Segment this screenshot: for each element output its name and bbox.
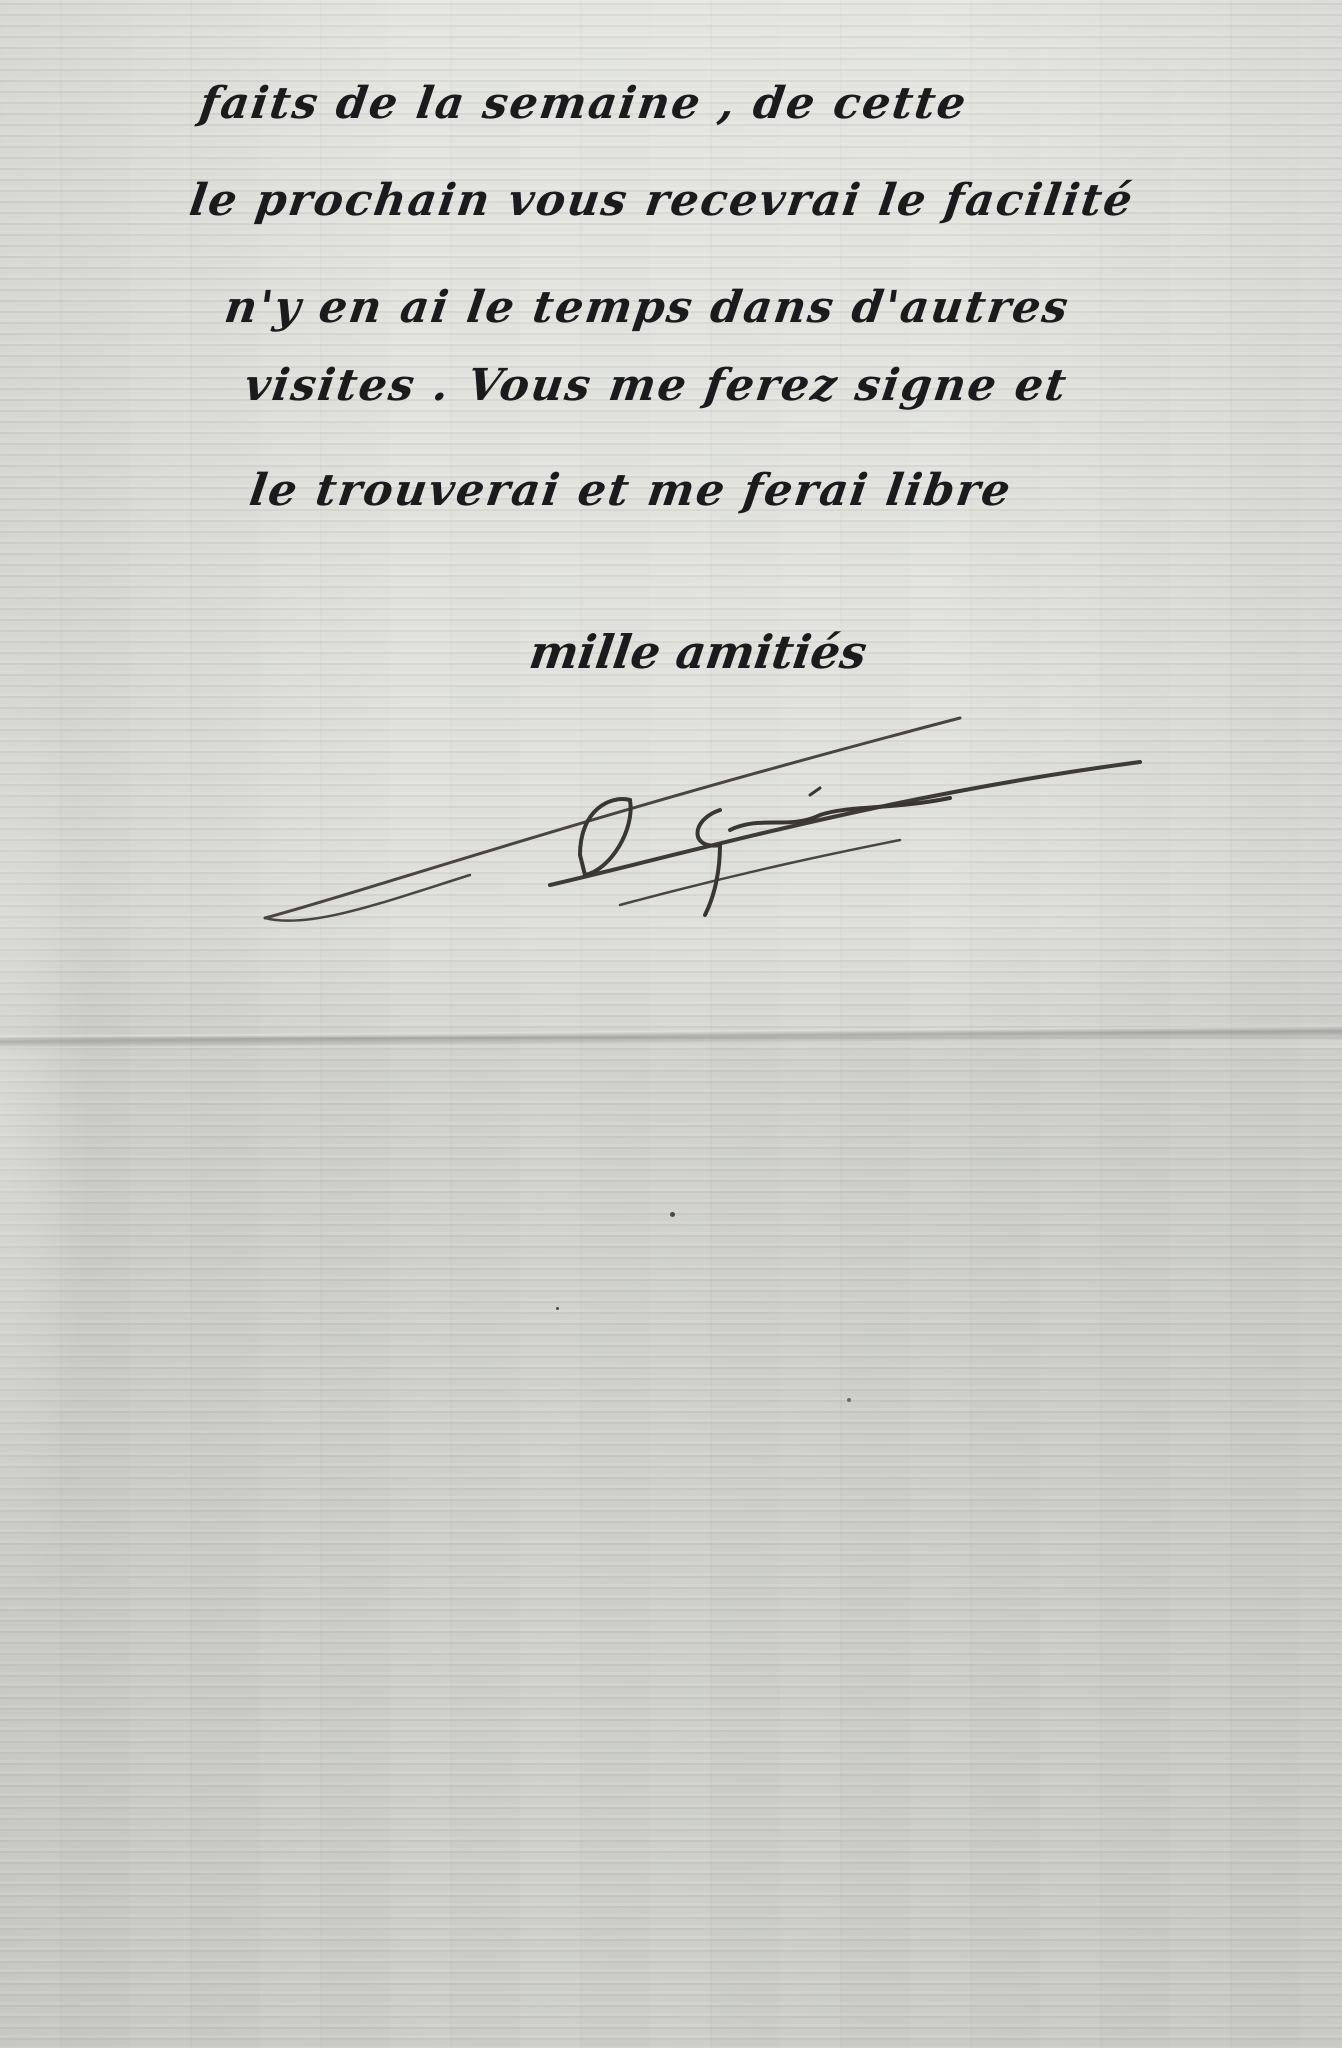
body-line-1: faits de la semaine , de cette	[196, 78, 970, 129]
body-line-3: n'y en ai le temps dans d'autres	[221, 282, 1072, 333]
body-line-5: le trouverai et me ferai libre	[246, 465, 1015, 516]
letter-sheet: faits de la semaine , de cette le procha…	[0, 0, 1342, 2048]
body-line-2: le prochain vous recevrai le facilité	[186, 175, 1137, 226]
lower-page-panel-blank	[0, 1048, 1342, 2048]
ink-speck	[847, 1398, 851, 1402]
signature-flourish-icon	[250, 700, 1150, 940]
ink-speck	[556, 1307, 559, 1310]
closing-salutation: mille amitiés	[526, 625, 870, 679]
ink-speck	[670, 1212, 675, 1217]
paper-wrinkle	[0, 560, 90, 1660]
body-line-4: visites . Vous me ferez signe et	[241, 360, 1071, 411]
signature-block: C. Guérin	[250, 700, 1150, 940]
